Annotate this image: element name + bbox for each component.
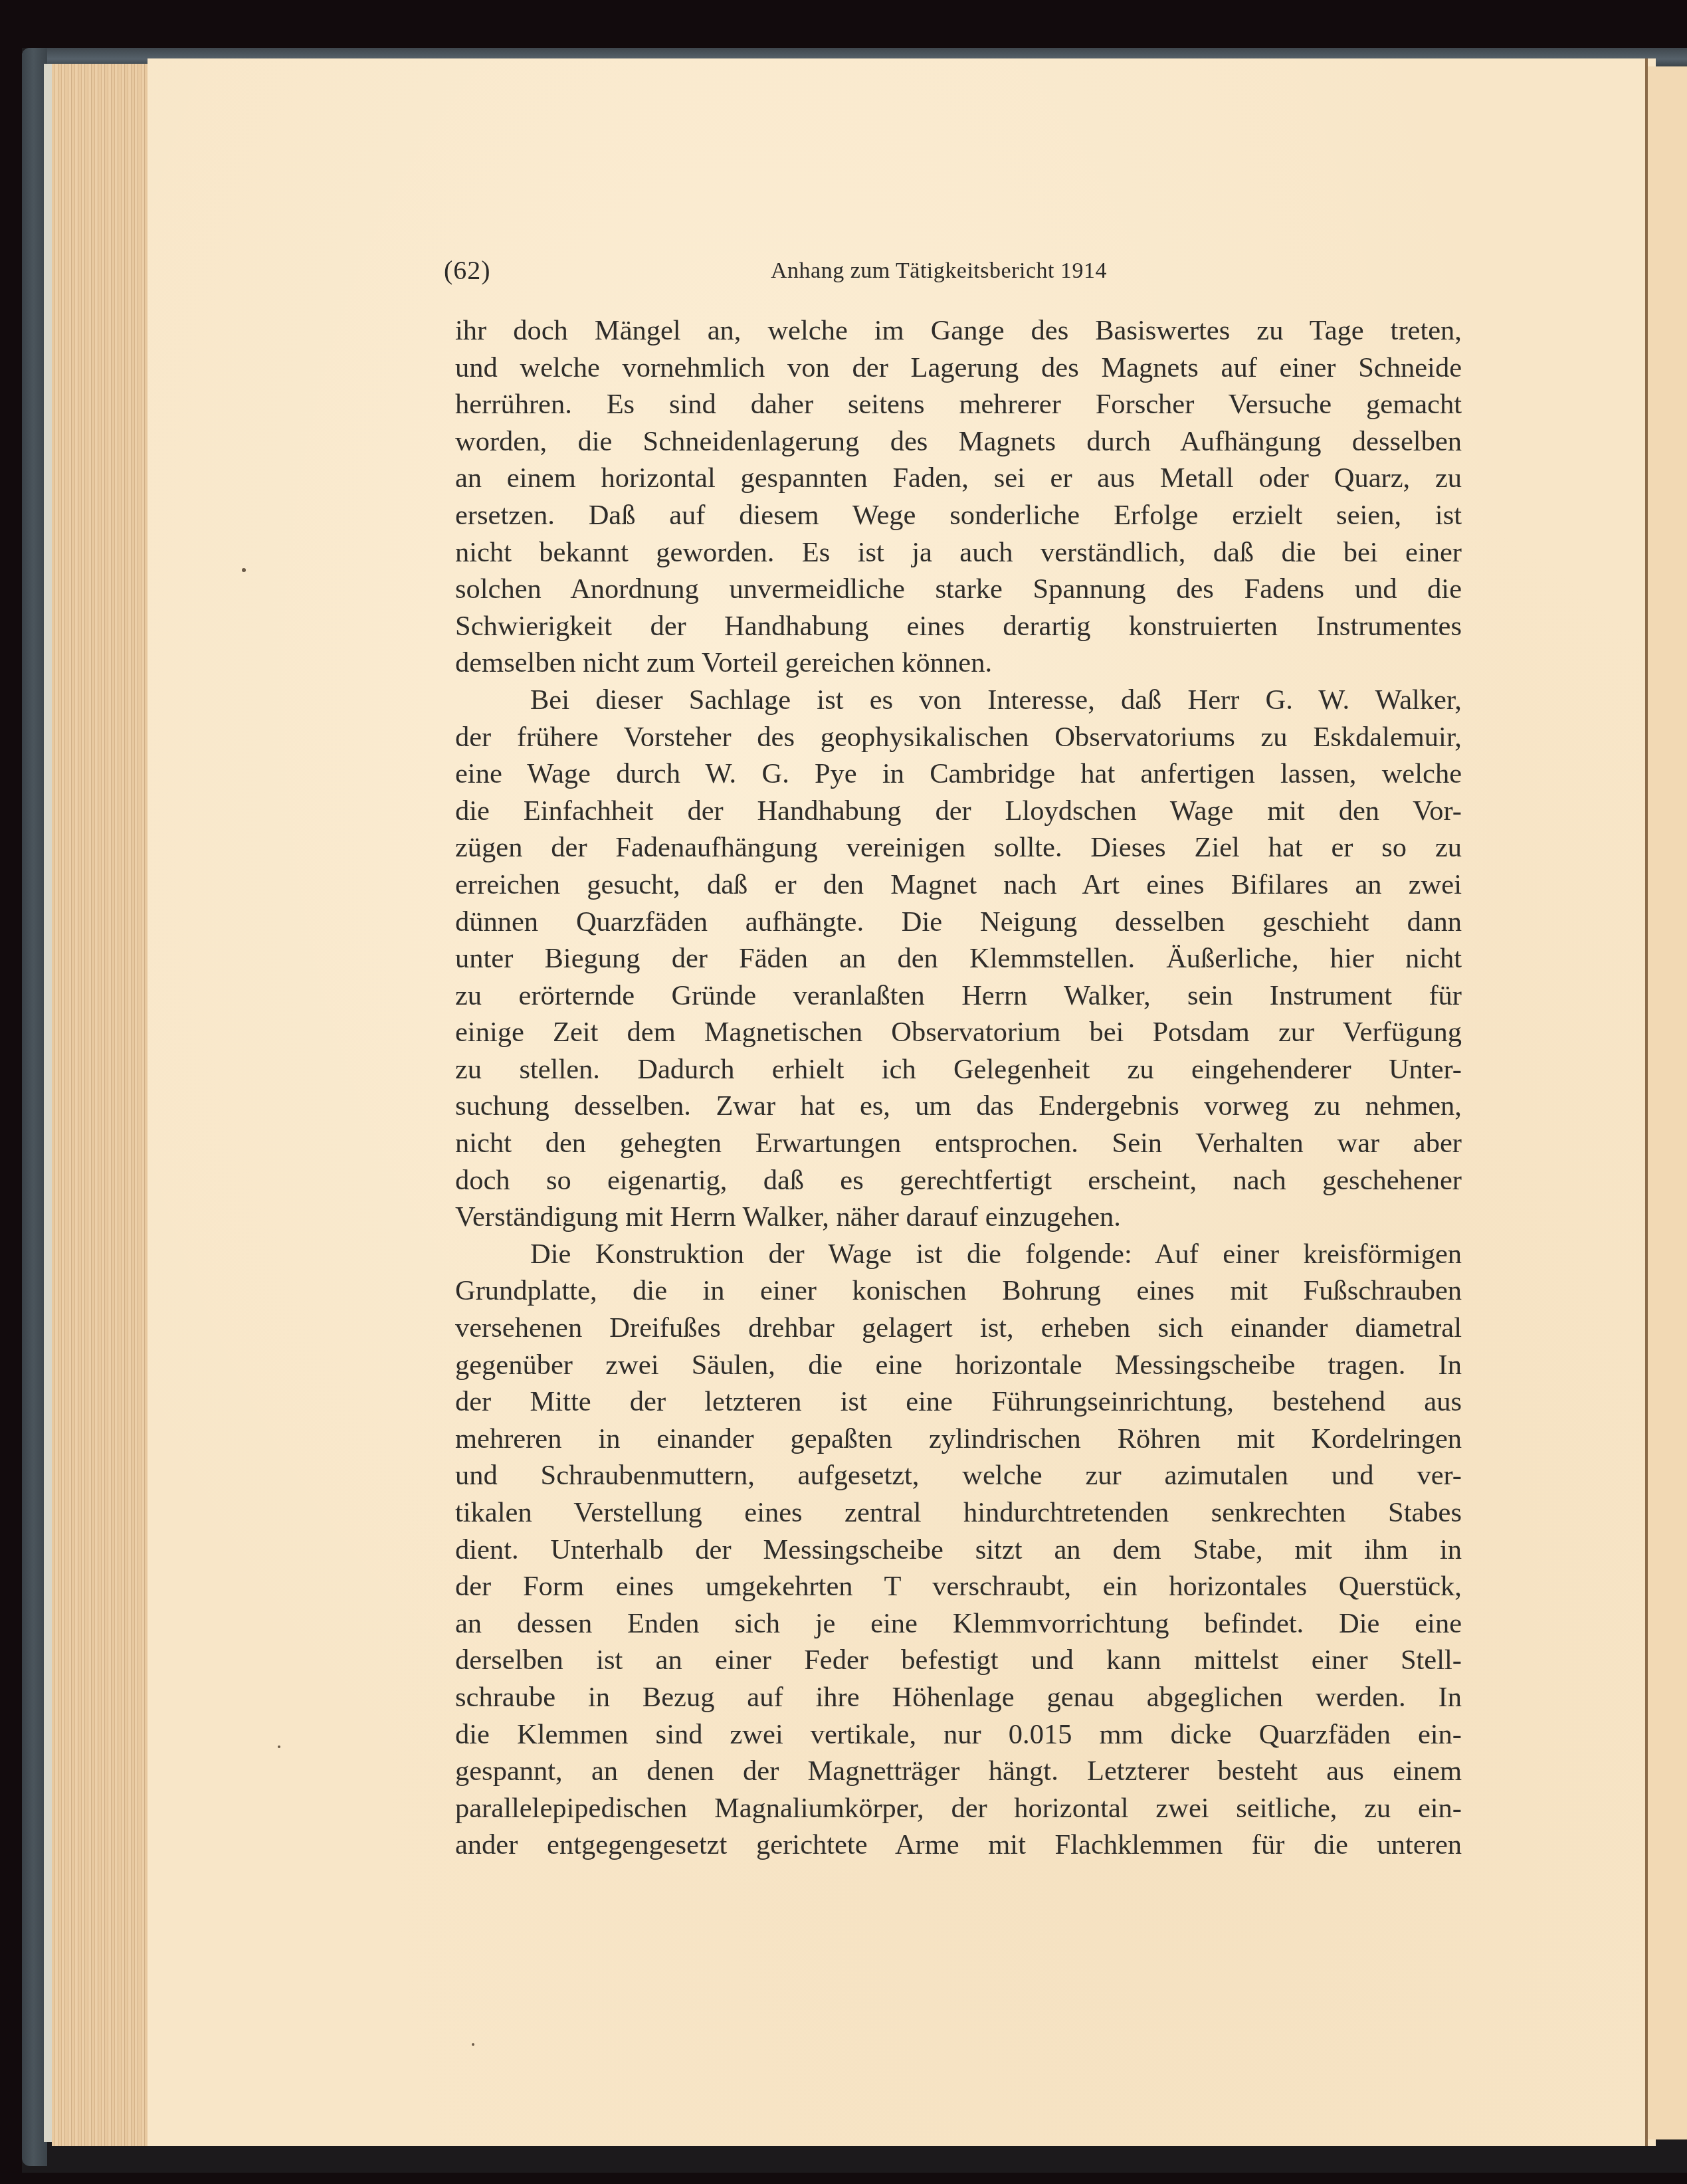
text-line: der frühere Vorsteher des geophysikalisc… xyxy=(455,719,1462,756)
text-line: derselben ist an einer Feder befestigt u… xyxy=(455,1642,1462,1679)
text-line: einige Zeit dem Magnetischen Observatori… xyxy=(455,1014,1462,1051)
text-line: ihr doch Mängel an, welche im Gange des … xyxy=(455,312,1462,349)
text-line: Bei dieser Sachlage ist es von Interesse… xyxy=(455,682,1462,719)
text-line: nicht bekannt geworden. Es ist ja auch v… xyxy=(455,534,1462,571)
text-line: dünnen Quarzfäden aufhängte. Die Neigung… xyxy=(455,904,1462,941)
endpaper xyxy=(44,64,52,2142)
text-line: an einem horizontal gespannten Faden, se… xyxy=(455,460,1462,497)
paper-speck xyxy=(242,568,246,572)
facing-page-edge xyxy=(1648,66,1687,2139)
text-line: zu stellen. Dadurch erhielt ich Gelegenh… xyxy=(455,1051,1462,1088)
text-line: die Einfachheit der Handhabung der Lloyd… xyxy=(455,793,1462,830)
paragraph: Die Konstruktion der Wage ist die folgen… xyxy=(455,1236,1462,1864)
paper-speck xyxy=(472,2043,474,2046)
text-line: solchen Anordnung unvermeidliche starke … xyxy=(455,571,1462,608)
text-line: an dessen Enden sich je eine Klemmvorric… xyxy=(455,1605,1462,1642)
text-line: gespannt, an denen der Magnetträger häng… xyxy=(455,1753,1462,1790)
text-line: der Mitte der letzteren ist eine Führung… xyxy=(455,1383,1462,1421)
text-line: versehenen Dreifußes drehbar gelagert is… xyxy=(455,1310,1462,1347)
page-number: (62) xyxy=(444,254,491,286)
text-line: schraube in Bezug auf ihre Höhenlage gen… xyxy=(455,1679,1462,1716)
text-line: und Schraubenmuttern, aufgesetzt, welche… xyxy=(455,1457,1462,1494)
text-line: ander entgegengesetzt gerichtete Arme mi… xyxy=(455,1827,1462,1864)
text-line: parallelepipedischen Magnaliumkörper, de… xyxy=(455,1790,1462,1827)
text-line: ersetzen. Daß auf diesem Wege sonderlich… xyxy=(455,497,1462,534)
text-line: Grundplatte, die in einer konischen Bohr… xyxy=(455,1272,1462,1310)
running-head: Anhang zum Tätigkeitsbericht 1914 xyxy=(771,258,1107,284)
text-line: eine Wage durch W. G. Pye in Cambridge h… xyxy=(455,755,1462,793)
text-line: nicht den gehegten Erwartungen entsproch… xyxy=(455,1125,1462,1162)
text-line: erreichen gesucht, daß er den Magnet nac… xyxy=(455,866,1462,904)
text-line: der Form eines umgekehrten T verschraubt… xyxy=(455,1568,1462,1605)
text-line: zu erörternde Gründe veranlaßten Herrn W… xyxy=(455,977,1462,1015)
body-text: ihr doch Mängel an, welche im Gange des … xyxy=(455,312,1462,1864)
text-line: worden, die Schneidenlagerung des Magnet… xyxy=(455,423,1462,460)
text-line: Verständigung mit Herrn Walker, näher da… xyxy=(455,1199,1462,1236)
text-line: Die Konstruktion der Wage ist die folgen… xyxy=(455,1236,1462,1273)
text-line: demselben nicht zum Vorteil gereichen kö… xyxy=(455,645,1462,682)
text-line: herrühren. Es sind daher seitens mehrere… xyxy=(455,386,1462,423)
page-header: (62) Anhang zum Tätigkeitsbericht 1914 xyxy=(444,254,1467,288)
page-fore-edge xyxy=(52,64,148,2146)
text-line: unter Biegung der Fäden an den Klemmstel… xyxy=(455,940,1462,977)
text-line: mehreren in einander gepaßten zylindrisc… xyxy=(455,1421,1462,1458)
text-line: doch so eigenartig, daß es gerechtfertig… xyxy=(455,1162,1462,1199)
text-line: dient. Unterhalb der Messingscheibe sitz… xyxy=(455,1532,1462,1569)
paragraph: Bei dieser Sachlage ist es von Interesse… xyxy=(455,682,1462,1236)
paragraph: ihr doch Mängel an, welche im Gange des … xyxy=(455,312,1462,682)
paper-speck xyxy=(278,1745,280,1748)
text-line: zügen der Fadenaufhängung vereinigen sol… xyxy=(455,829,1462,866)
text-line: tikalen Verstellung eines zentral hindur… xyxy=(455,1494,1462,1532)
text-line: die Klemmen sind zwei vertikale, nur 0.0… xyxy=(455,1716,1462,1753)
text-line: suchung desselben. Zwar hat es, um das E… xyxy=(455,1088,1462,1125)
text-line: gegenüber zwei Säulen, die eine horizont… xyxy=(455,1347,1462,1384)
text-line: Schwierigkeit der Handhabung eines derar… xyxy=(455,608,1462,645)
text-line: und welche vornehmlich von der Lagerung … xyxy=(455,349,1462,387)
